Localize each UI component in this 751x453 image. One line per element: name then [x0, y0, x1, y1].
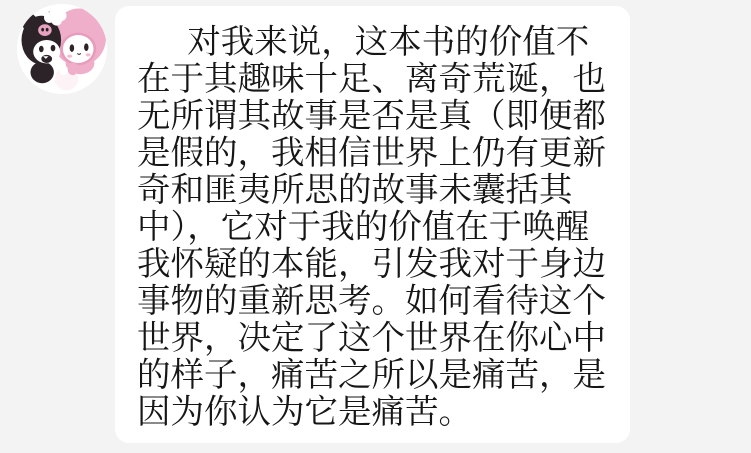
message-line: 事物的重新思考。如何看待这个 — [137, 283, 604, 320]
message-line: 的样子，痛苦之所以是痛苦，是 — [137, 357, 604, 394]
message-line: 奇和匪夷所思的故事未囊括其 — [137, 172, 604, 209]
message-line: 无所谓其故事是否是真（即便都 — [137, 98, 604, 135]
kuromi-melody-avatar-image — [17, 4, 107, 94]
message-bubble[interactable]: 对我来说，这本书的价值不在于其趣味十足、离奇荒诞，也无所谓其故事是否是真（即便都… — [115, 6, 630, 443]
message-line: 世界，决定了这个世界在你心中 — [137, 320, 604, 357]
message-text: 对我来说，这本书的价值不在于其趣味十足、离奇荒诞，也无所谓其故事是否是真（即便都… — [137, 24, 604, 431]
message-line: 因为你认为它是痛苦。 — [137, 394, 604, 431]
avatar[interactable] — [17, 4, 107, 94]
message-line: 中），它对于我的价值在于唤醒 — [137, 209, 604, 246]
message-line: 在于其趣味十足、离奇荒诞，也 — [137, 61, 604, 98]
chat-screen: 对我来说，这本书的价值不在于其趣味十足、离奇荒诞，也无所谓其故事是否是真（即便都… — [0, 0, 751, 453]
message-line: 我怀疑的本能，引发我对于身边 — [137, 246, 604, 283]
message-line: 是假的，我相信世界上仍有更新 — [137, 135, 604, 172]
message-line: 对我来说，这本书的价值不 — [137, 24, 604, 61]
